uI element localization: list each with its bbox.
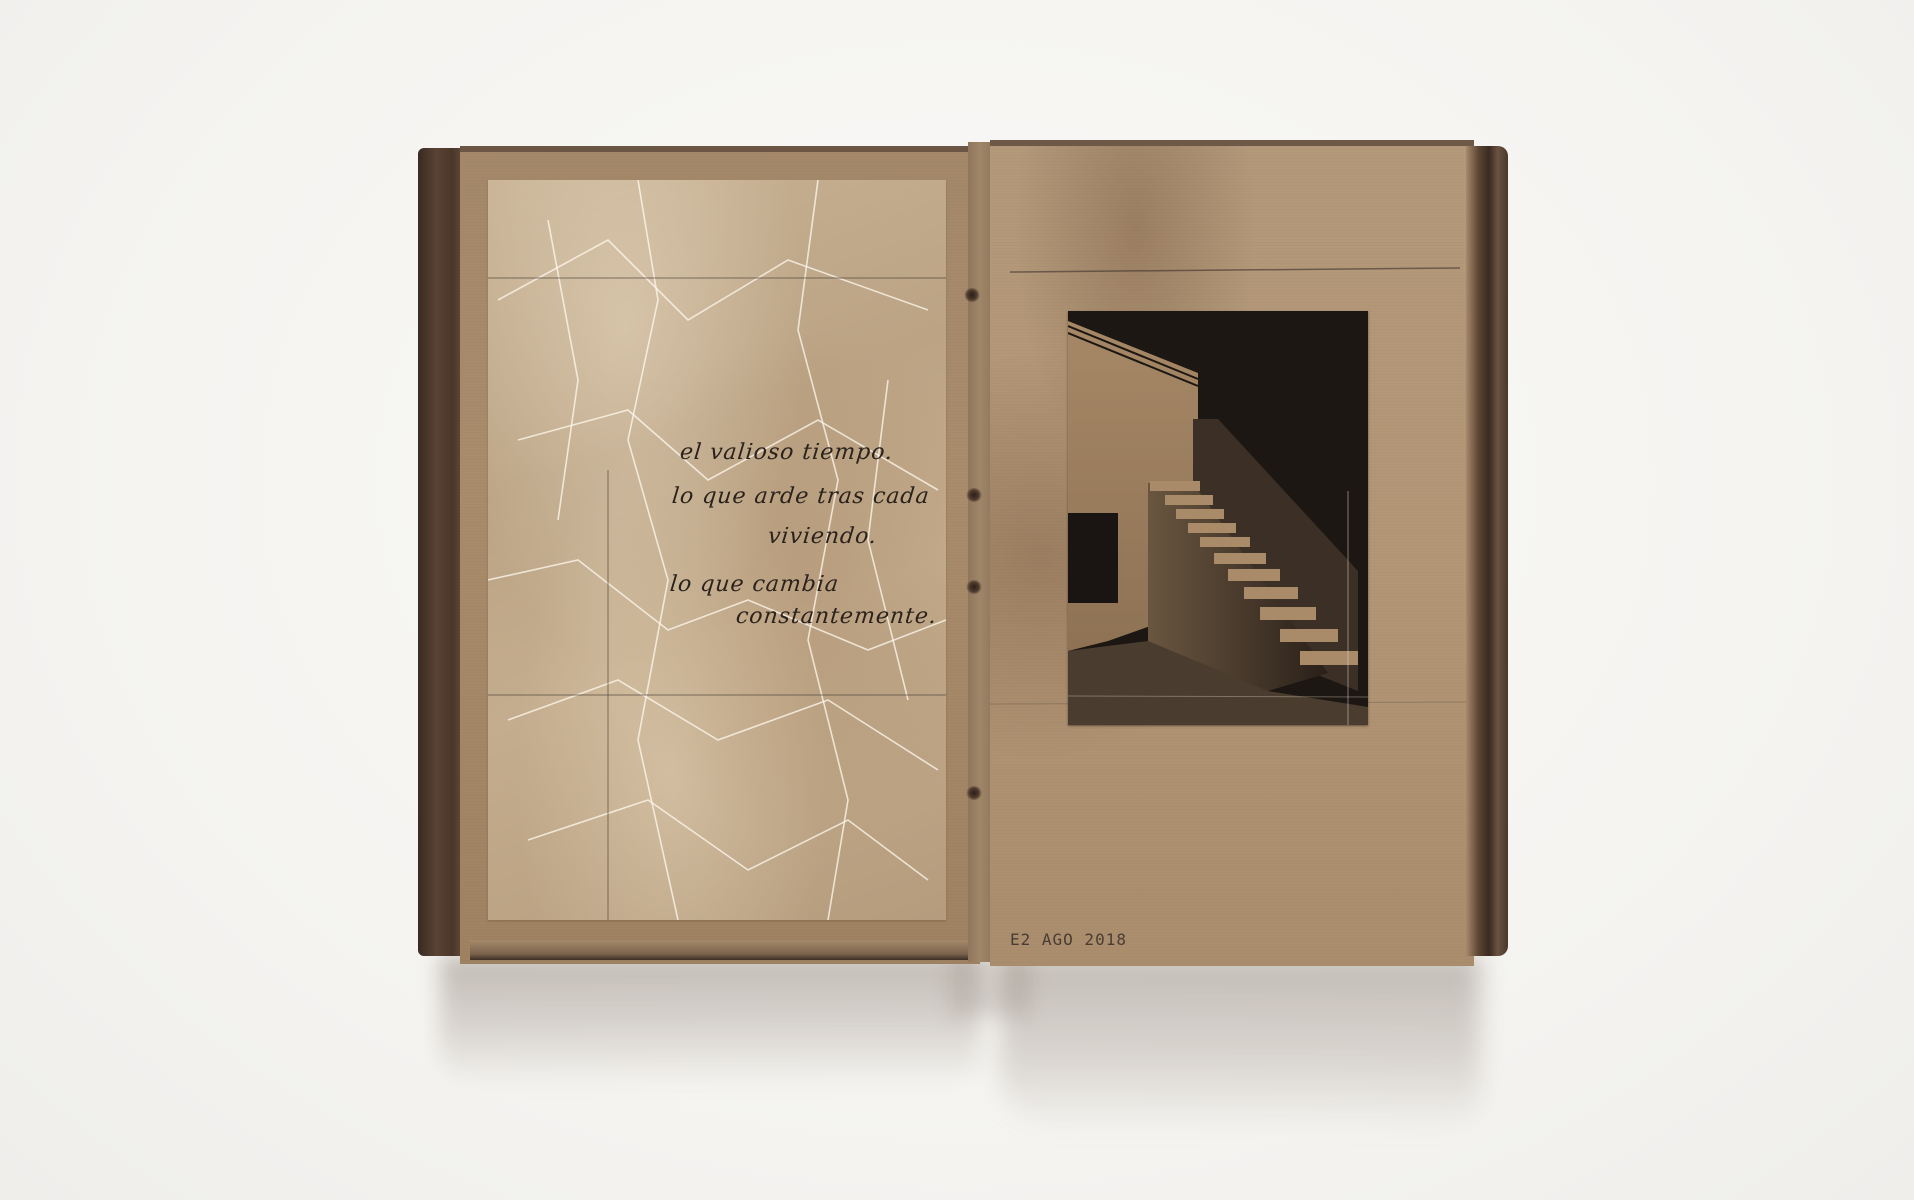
handwriting-line-4: lo que cambia [669,572,841,597]
binding-stitch [966,580,982,594]
binding-stitch [966,488,982,502]
handwritten-text: el valioso tiempo. lo que arde tras cada… [676,432,936,632]
handwriting-line-3: viviendo. [767,524,879,549]
handwriting-line-2: lo que arde tras cada [671,484,931,509]
left-page-bottom-edge [470,940,978,960]
book-shadow-right [1000,955,1480,1130]
staircase-photo-icon [1068,311,1368,725]
staircase-photograph [1068,311,1368,725]
book-right-edge [1466,146,1508,956]
book-shadow-left [440,955,980,1085]
handwriting-line-5: constantemente. [735,604,939,629]
binding-stitch [966,786,982,800]
date-stamp: E2 AGO 2018 [1010,930,1127,949]
handwriting-line-1: el valioso tiempo. [679,440,895,465]
binding-stitch [964,288,980,302]
